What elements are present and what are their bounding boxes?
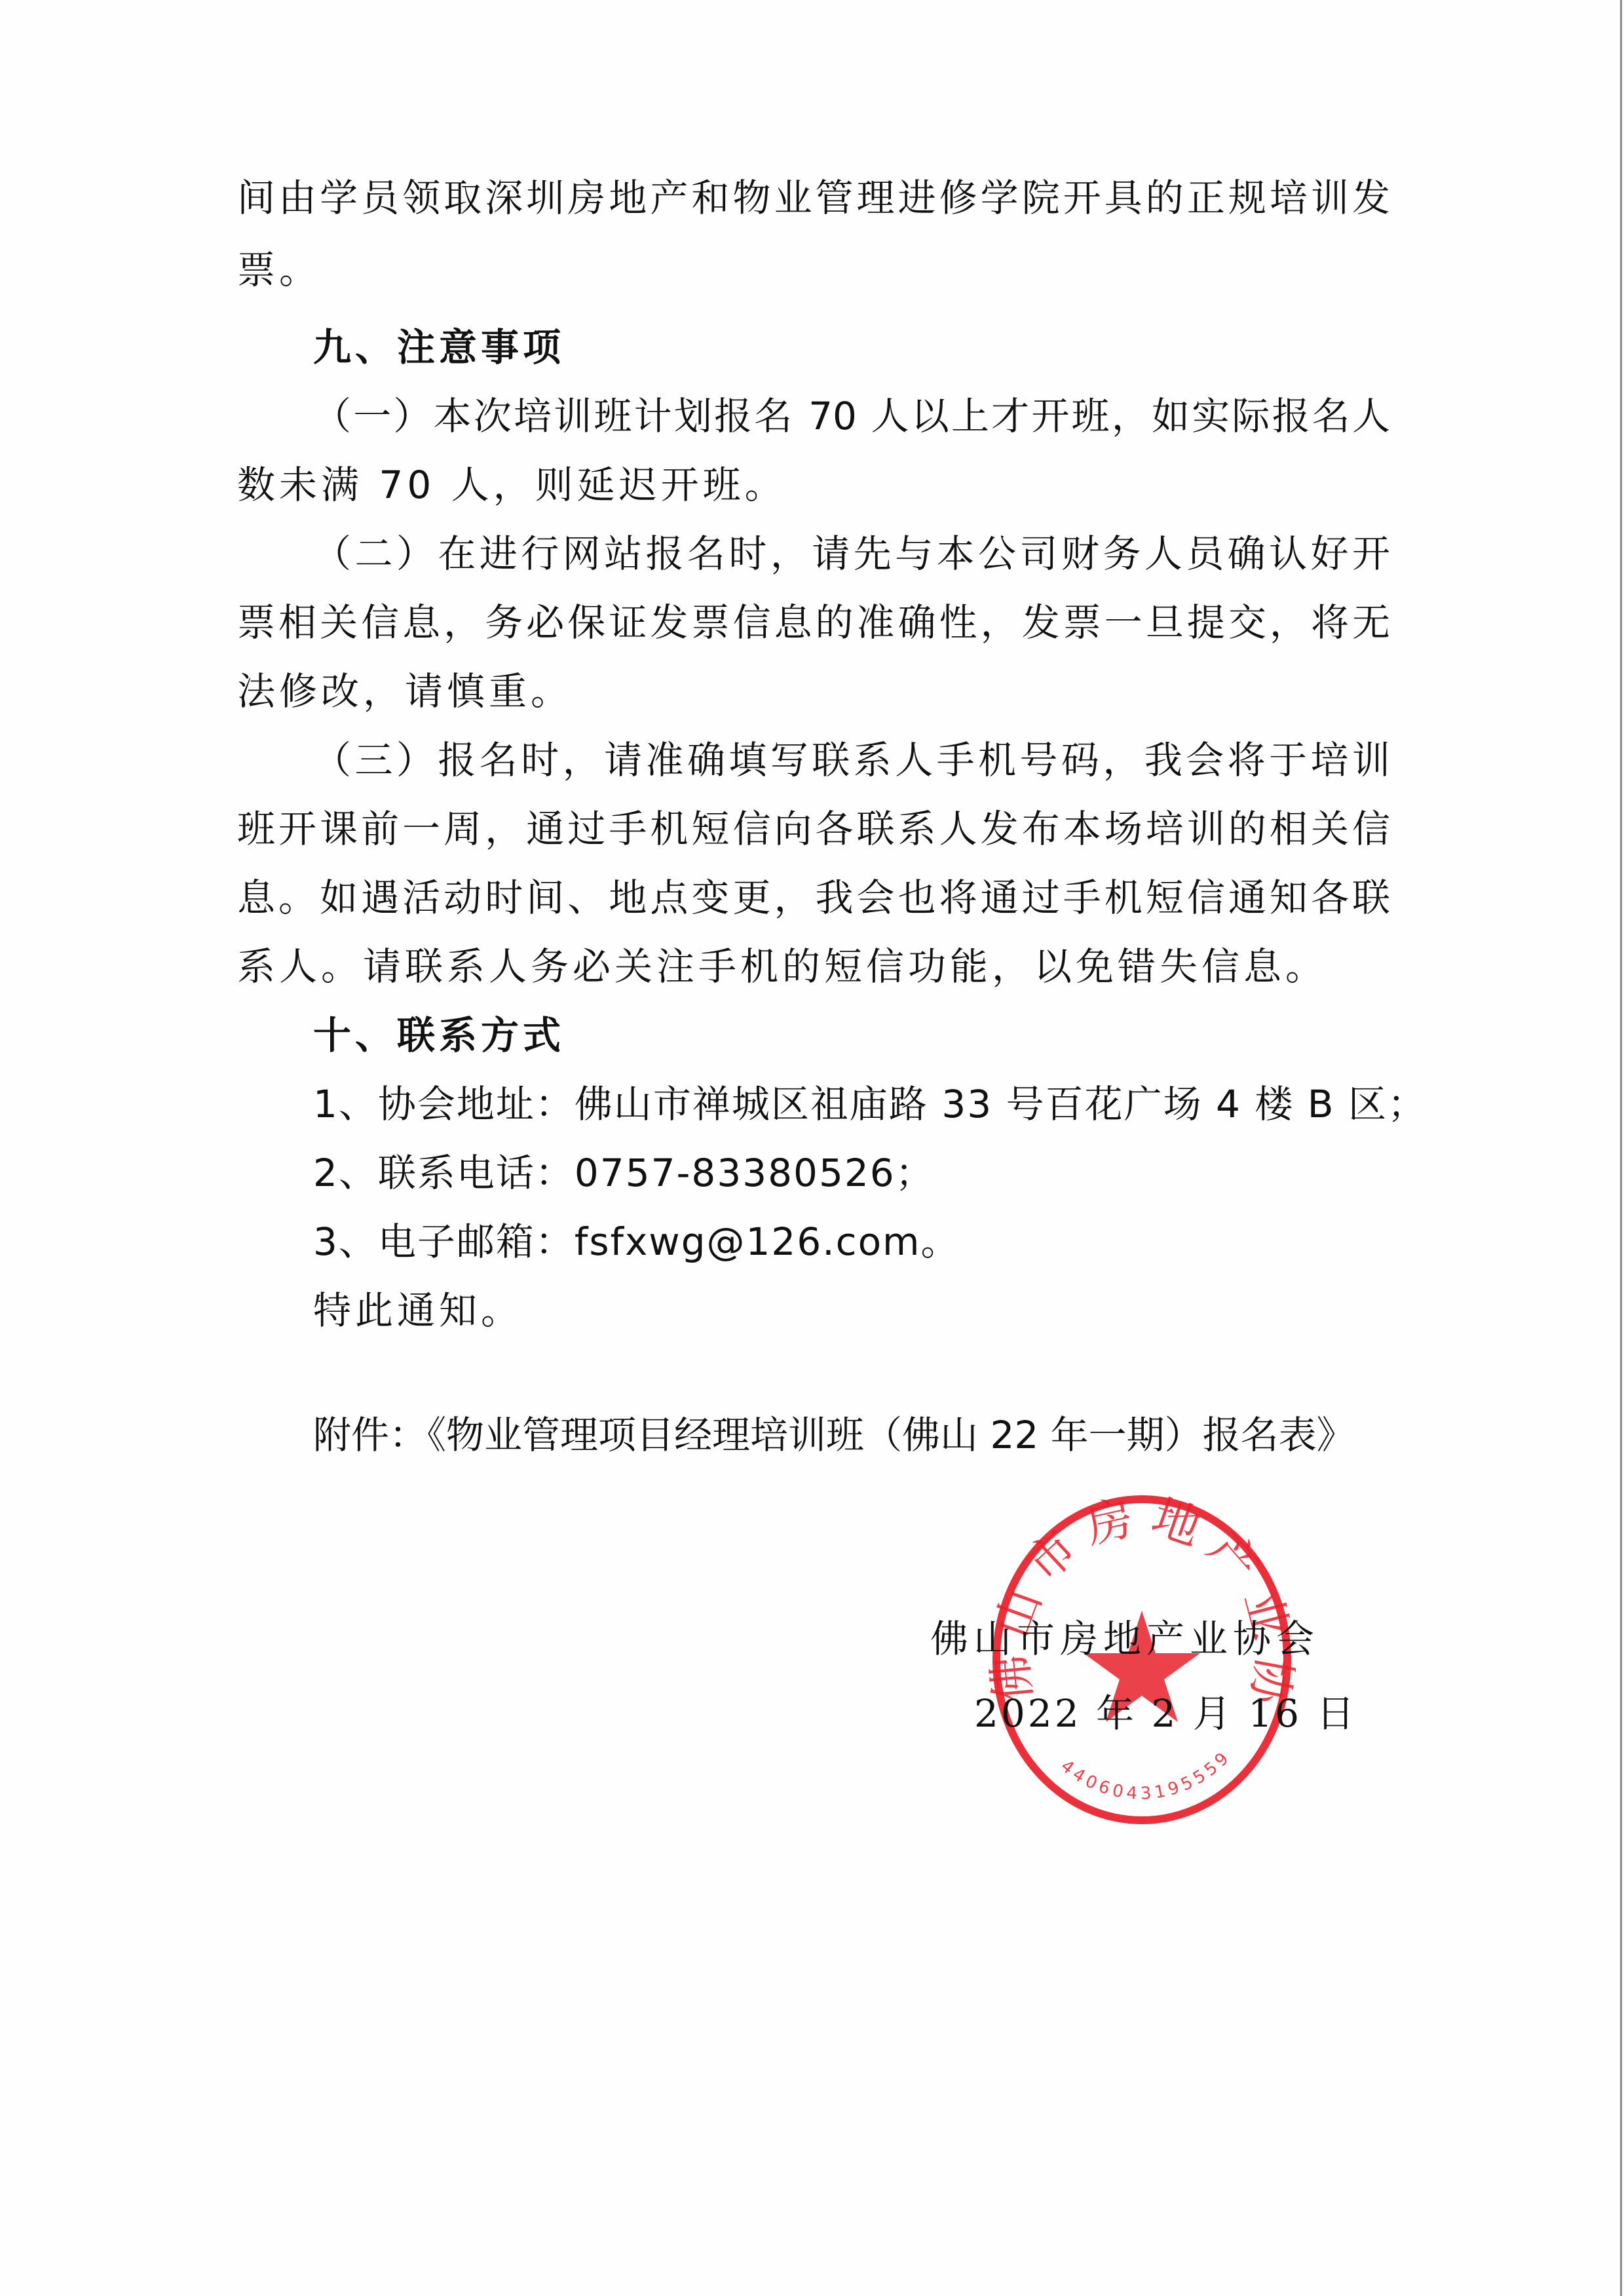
svg-text:4406043195559: 4406043195559: [1057, 1746, 1235, 1804]
section9-item2-line3: 法修改，请慎重。: [237, 665, 573, 717]
section9-item3-line4: 系人。请联系人务必关注手机的短信功能，以免错失信息。: [237, 940, 1327, 993]
contact-phone: 2、联系电话：0757-83380526；: [313, 1147, 935, 1199]
page-edge-line: [1620, 0, 1622, 2296]
signature-organization: 佛山市房地产业协会: [930, 1616, 1319, 1662]
signature-date: 2022 年 2 月 16 日: [974, 1691, 1357, 1736]
document-page: 间由学员领取深圳房地产和物业管理进修学院开具的正规培训发 票。 九、注意事项 （…: [0, 0, 1624, 2296]
contact-email: 3、电子邮箱：fsfxwg@126.com。: [313, 1215, 960, 1268]
section9-item3-line1: （三）报名时，请准确填写联系人手机号码，我会将于培训: [313, 734, 1390, 786]
section9-item2-line1: （二）在进行网站报名时，请先与本公司财务人员确认好开: [313, 527, 1390, 580]
section9-item1-line1: （一）本次培训班计划报名 70 人以上才开班，如实际报名人: [313, 390, 1390, 442]
contact-address: 1、协会地址：佛山市禅城区祖庙路 33 号百花广场 4 楼 B 区；: [313, 1078, 1427, 1130]
section10-heading: 十、联系方式: [313, 1009, 565, 1062]
section8-tail-line2: 票。: [237, 244, 321, 296]
section9-heading: 九、注意事项: [313, 321, 565, 373]
section8-tail-line1: 间由学员领取深圳房地产和物业管理进修学院开具的正规培训发: [237, 172, 1390, 224]
section9-item2-line2: 票相关信息，务必保证发票信息的准确性，发票一旦提交，将无: [237, 596, 1390, 649]
section9-item3-line3: 息。如遇活动时间、地点变更，我会也将通过手机短信通知各联: [237, 871, 1390, 924]
section9-item1-line2: 数未满 70 人，则延迟开班。: [237, 459, 787, 511]
closing-text: 特此通知。: [313, 1284, 523, 1337]
attachment-line: 附件：《物业管理项目经理培训班（佛山 22 年一期）报名表》: [313, 1409, 1355, 1461]
section9-item3-line2: 班开课前一周，通过手机短信向各联系人发布本场培训的相关信: [237, 803, 1390, 855]
